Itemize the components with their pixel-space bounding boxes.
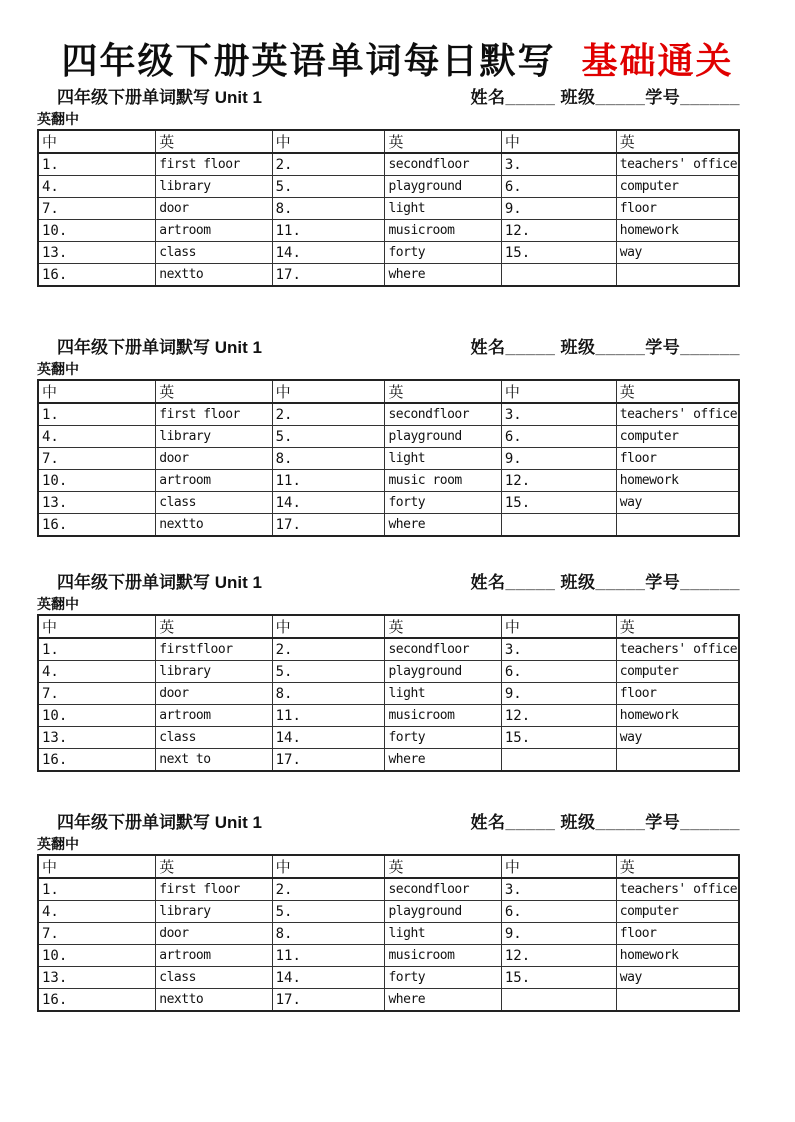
number-cell: 2.: [272, 153, 385, 176]
english-word-cell: way: [616, 967, 739, 989]
number-cell: 5.: [272, 176, 385, 198]
number-cell: 3.: [501, 153, 616, 176]
col-header: 英: [616, 855, 739, 878]
number-cell: 4.: [38, 901, 156, 923]
number-cell: [501, 264, 616, 287]
col-header: 英: [385, 855, 501, 878]
english-word-cell: artroom: [156, 705, 272, 727]
english-word-cell: playground: [385, 661, 501, 683]
number-cell: 6.: [501, 661, 616, 683]
english-word-cell: class: [156, 242, 272, 264]
english-word-cell: secondfloor: [385, 153, 501, 176]
english-word-cell: where: [385, 749, 501, 772]
english-word-cell: library: [156, 661, 272, 683]
table-row: 1.first floor2.secondfloor3.teachers' of…: [38, 878, 739, 901]
number-cell: 10.: [38, 220, 156, 242]
col-header: 中: [38, 615, 156, 638]
number-cell: 8.: [272, 683, 385, 705]
english-word-cell: class: [156, 492, 272, 514]
english-word-cell: way: [616, 492, 739, 514]
english-word-cell: floor: [616, 683, 739, 705]
number-cell: 6.: [501, 901, 616, 923]
english-word-cell: first floor: [156, 878, 272, 901]
col-header: 中: [501, 615, 616, 638]
table-row: 1.first floor2.secondfloor3.teachers' of…: [38, 403, 739, 426]
table-row: 4.library5.playground6.computer: [38, 901, 739, 923]
table-row: 1.firstfloor2.secondfloor3.teachers' off…: [38, 638, 739, 661]
table-row: 10.artroom11.music room12.homework: [38, 470, 739, 492]
english-word-cell: computer: [616, 426, 739, 448]
number-cell: 15.: [501, 967, 616, 989]
number-cell: 16.: [38, 749, 156, 772]
number-cell: 9.: [501, 448, 616, 470]
col-header: 中: [38, 130, 156, 153]
english-word-cell: teachers' office: [616, 878, 739, 901]
worksheet-section: 四年级下册单词默写 Unit 1 姓名_____ 班级_____学号______…: [37, 338, 740, 537]
number-cell: 12.: [501, 945, 616, 967]
table-row: 13.class14.forty15.way: [38, 967, 739, 989]
col-header: 中: [272, 130, 385, 153]
number-cell: 1.: [38, 403, 156, 426]
number-cell: 14.: [272, 967, 385, 989]
number-cell: 15.: [501, 492, 616, 514]
col-header: 英: [616, 380, 739, 403]
number-cell: 4.: [38, 176, 156, 198]
col-header: 中: [501, 130, 616, 153]
number-cell: 13.: [38, 967, 156, 989]
table-row: 16.nextto17.where: [38, 989, 739, 1012]
table-row: 13.class14.forty15.way: [38, 492, 739, 514]
vocab-table: 中英中英中英 1.firstfloor2.secondfloor3.teache…: [37, 614, 740, 772]
number-cell: 1.: [38, 878, 156, 901]
number-cell: 8.: [272, 448, 385, 470]
english-word-cell: teachers' office: [616, 403, 739, 426]
number-cell: 9.: [501, 198, 616, 220]
table-row: 10.artroom11.musicroom12.homework: [38, 705, 739, 727]
worksheet-section: 四年级下册单词默写 Unit 1 姓名_____ 班级_____学号______…: [37, 88, 740, 287]
table-row: 16.nextto17.where: [38, 264, 739, 287]
col-header: 中: [272, 855, 385, 878]
number-cell: 5.: [272, 426, 385, 448]
number-cell: 7.: [38, 923, 156, 945]
col-header: 中: [501, 855, 616, 878]
table-row: 7.door8.light9.floor: [38, 923, 739, 945]
number-cell: 4.: [38, 661, 156, 683]
number-cell: 1.: [38, 153, 156, 176]
english-word-cell: where: [385, 989, 501, 1012]
english-word-cell: computer: [616, 176, 739, 198]
col-header: 中: [272, 615, 385, 638]
table-header-row: 中英中英中英: [38, 855, 739, 878]
english-word-cell: library: [156, 176, 272, 198]
english-word-cell: class: [156, 727, 272, 749]
table-row: 10.artroom11.musicroom12.homework: [38, 220, 739, 242]
english-word-cell: playground: [385, 901, 501, 923]
number-cell: 11.: [272, 220, 385, 242]
english-word-cell: artroom: [156, 945, 272, 967]
number-cell: 14.: [272, 242, 385, 264]
english-word-cell: nextto: [156, 264, 272, 287]
english-word-cell: firstfloor: [156, 638, 272, 661]
page-title-badge: 基础通关: [582, 40, 734, 81]
page-title: 四年级下册英语单词每日默写基础通关: [0, 33, 795, 84]
number-cell: 8.: [272, 198, 385, 220]
english-word-cell: door: [156, 923, 272, 945]
number-cell: 17.: [272, 514, 385, 537]
col-header: 英: [156, 615, 272, 638]
signature-line: 姓名_____ 班级_____学号______: [471, 88, 741, 108]
number-cell: 9.: [501, 923, 616, 945]
number-cell: [501, 989, 616, 1012]
section-header-row: 四年级下册单词默写 Unit 1 姓名_____ 班级_____学号______: [37, 88, 740, 108]
english-word-cell: homework: [616, 705, 739, 727]
english-word-cell: floor: [616, 448, 739, 470]
table-row: 7.door8.light9.floor: [38, 198, 739, 220]
number-cell: 11.: [272, 705, 385, 727]
number-cell: 2.: [272, 638, 385, 661]
vocab-table: 中英中英中英 1.first floor2.secondfloor3.teach…: [37, 379, 740, 537]
number-cell: 4.: [38, 426, 156, 448]
english-word-cell: floor: [616, 198, 739, 220]
number-cell: 17.: [272, 989, 385, 1012]
english-word-cell: playground: [385, 176, 501, 198]
english-word-cell: musicroom: [385, 705, 501, 727]
english-word-cell: artroom: [156, 470, 272, 492]
worksheet-section: 四年级下册单词默写 Unit 1 姓名_____ 班级_____学号______…: [37, 813, 740, 1012]
col-header: 英: [156, 380, 272, 403]
english-word-cell: nextto: [156, 989, 272, 1012]
english-word-cell: computer: [616, 661, 739, 683]
number-cell: 12.: [501, 470, 616, 492]
english-word-cell: light: [385, 923, 501, 945]
english-word-cell: way: [616, 242, 739, 264]
english-word-cell: class: [156, 967, 272, 989]
number-cell: 3.: [501, 403, 616, 426]
section-header-row: 四年级下册单词默写 Unit 1 姓名_____ 班级_____学号______: [37, 813, 740, 833]
table-row: 4.library5.playground6.computer: [38, 176, 739, 198]
direction-label: 英翻中: [37, 361, 740, 377]
english-word-cell: homework: [616, 220, 739, 242]
number-cell: 17.: [272, 749, 385, 772]
worksheet-page: 四年级下册英语单词每日默写基础通关 四年级下册单词默写 Unit 1 姓名___…: [0, 0, 795, 1122]
english-word-cell: forty: [385, 967, 501, 989]
english-word-cell: first floor: [156, 403, 272, 426]
english-word-cell: light: [385, 448, 501, 470]
english-word-cell: homework: [616, 470, 739, 492]
number-cell: 5.: [272, 661, 385, 683]
number-cell: 7.: [38, 448, 156, 470]
col-header: 英: [385, 380, 501, 403]
number-cell: 6.: [501, 176, 616, 198]
table-row: 13.class14.forty15.way: [38, 727, 739, 749]
english-word-cell: floor: [616, 923, 739, 945]
number-cell: 15.: [501, 242, 616, 264]
section-heading: 四年级下册单词默写 Unit 1: [37, 813, 262, 833]
number-cell: 1.: [38, 638, 156, 661]
col-header: 英: [616, 615, 739, 638]
col-header: 中: [38, 855, 156, 878]
table-header-row: 中英中英中英: [38, 615, 739, 638]
table-row: 1.first floor2.secondfloor3.teachers' of…: [38, 153, 739, 176]
number-cell: 16.: [38, 264, 156, 287]
section-header-row: 四年级下册单词默写 Unit 1 姓名_____ 班级_____学号______: [37, 573, 740, 593]
number-cell: 10.: [38, 470, 156, 492]
number-cell: 2.: [272, 403, 385, 426]
english-word-cell: musicroom: [385, 945, 501, 967]
number-cell: 5.: [272, 901, 385, 923]
number-cell: 12.: [501, 705, 616, 727]
english-word-cell: light: [385, 683, 501, 705]
english-word-cell: library: [156, 426, 272, 448]
english-word-cell: musicroom: [385, 220, 501, 242]
col-header: 中: [38, 380, 156, 403]
table-row: 10.artroom11.musicroom12.homework: [38, 945, 739, 967]
number-cell: 2.: [272, 878, 385, 901]
signature-line: 姓名_____ 班级_____学号______: [471, 338, 741, 358]
table-row: 16.next to17.where: [38, 749, 739, 772]
english-word-cell: secondfloor: [385, 403, 501, 426]
english-word-cell: homework: [616, 945, 739, 967]
english-word-cell: teachers' office: [616, 153, 739, 176]
number-cell: 14.: [272, 492, 385, 514]
number-cell: 8.: [272, 923, 385, 945]
direction-label: 英翻中: [37, 836, 740, 852]
english-word-cell: [616, 989, 739, 1012]
number-cell: 6.: [501, 426, 616, 448]
number-cell: 7.: [38, 683, 156, 705]
english-word-cell: where: [385, 514, 501, 537]
english-word-cell: first floor: [156, 153, 272, 176]
english-word-cell: computer: [616, 901, 739, 923]
number-cell: 9.: [501, 683, 616, 705]
table-row: 4.library5.playground6.computer: [38, 661, 739, 683]
number-cell: 16.: [38, 514, 156, 537]
english-word-cell: way: [616, 727, 739, 749]
worksheet-section: 四年级下册单词默写 Unit 1 姓名_____ 班级_____学号______…: [37, 573, 740, 772]
english-word-cell: door: [156, 198, 272, 220]
table-header-row: 中英中英中英: [38, 380, 739, 403]
table-row: 7.door8.light9.floor: [38, 683, 739, 705]
number-cell: 10.: [38, 705, 156, 727]
number-cell: 11.: [272, 945, 385, 967]
english-word-cell: [616, 514, 739, 537]
number-cell: 14.: [272, 727, 385, 749]
vocab-table: 中英中英中英 1.first floor2.secondfloor3.teach…: [37, 854, 740, 1012]
english-word-cell: nextto: [156, 514, 272, 537]
col-header: 英: [385, 615, 501, 638]
col-header: 英: [156, 130, 272, 153]
english-word-cell: music room: [385, 470, 501, 492]
english-word-cell: where: [385, 264, 501, 287]
col-header: 中: [272, 380, 385, 403]
number-cell: 7.: [38, 198, 156, 220]
english-word-cell: playground: [385, 426, 501, 448]
signature-line: 姓名_____ 班级_____学号______: [471, 573, 741, 593]
signature-line: 姓名_____ 班级_____学号______: [471, 813, 741, 833]
number-cell: 13.: [38, 242, 156, 264]
number-cell: 3.: [501, 638, 616, 661]
number-cell: 15.: [501, 727, 616, 749]
col-header: 中: [501, 380, 616, 403]
table-row: 16.nextto17.where: [38, 514, 739, 537]
number-cell: 17.: [272, 264, 385, 287]
number-cell: 16.: [38, 989, 156, 1012]
number-cell: 12.: [501, 220, 616, 242]
number-cell: [501, 514, 616, 537]
english-word-cell: secondfloor: [385, 638, 501, 661]
section-heading: 四年级下册单词默写 Unit 1: [37, 338, 262, 358]
direction-label: 英翻中: [37, 111, 740, 127]
english-word-cell: library: [156, 901, 272, 923]
section-heading: 四年级下册单词默写 Unit 1: [37, 573, 262, 593]
table-row: 7.door8.light9.floor: [38, 448, 739, 470]
col-header: 英: [616, 130, 739, 153]
col-header: 英: [156, 855, 272, 878]
number-cell: 10.: [38, 945, 156, 967]
english-word-cell: teachers' office: [616, 638, 739, 661]
number-cell: 13.: [38, 727, 156, 749]
table-row: 13.class14.forty15.way: [38, 242, 739, 264]
page-title-main: 四年级下册英语单词每日默写: [61, 40, 555, 81]
section-heading: 四年级下册单词默写 Unit 1: [37, 88, 262, 108]
english-word-cell: forty: [385, 242, 501, 264]
table-row: 4.library5.playground6.computer: [38, 426, 739, 448]
number-cell: 3.: [501, 878, 616, 901]
english-word-cell: secondfloor: [385, 878, 501, 901]
english-word-cell: forty: [385, 727, 501, 749]
number-cell: [501, 749, 616, 772]
vocab-table: 中英中英中英 1.first floor2.secondfloor3.teach…: [37, 129, 740, 287]
english-word-cell: forty: [385, 492, 501, 514]
english-word-cell: [616, 264, 739, 287]
section-header-row: 四年级下册单词默写 Unit 1 姓名_____ 班级_____学号______: [37, 338, 740, 358]
english-word-cell: light: [385, 198, 501, 220]
english-word-cell: artroom: [156, 220, 272, 242]
english-word-cell: next to: [156, 749, 272, 772]
col-header: 英: [385, 130, 501, 153]
number-cell: 11.: [272, 470, 385, 492]
english-word-cell: door: [156, 448, 272, 470]
english-word-cell: door: [156, 683, 272, 705]
direction-label: 英翻中: [37, 596, 740, 612]
number-cell: 13.: [38, 492, 156, 514]
english-word-cell: [616, 749, 739, 772]
table-header-row: 中英中英中英: [38, 130, 739, 153]
